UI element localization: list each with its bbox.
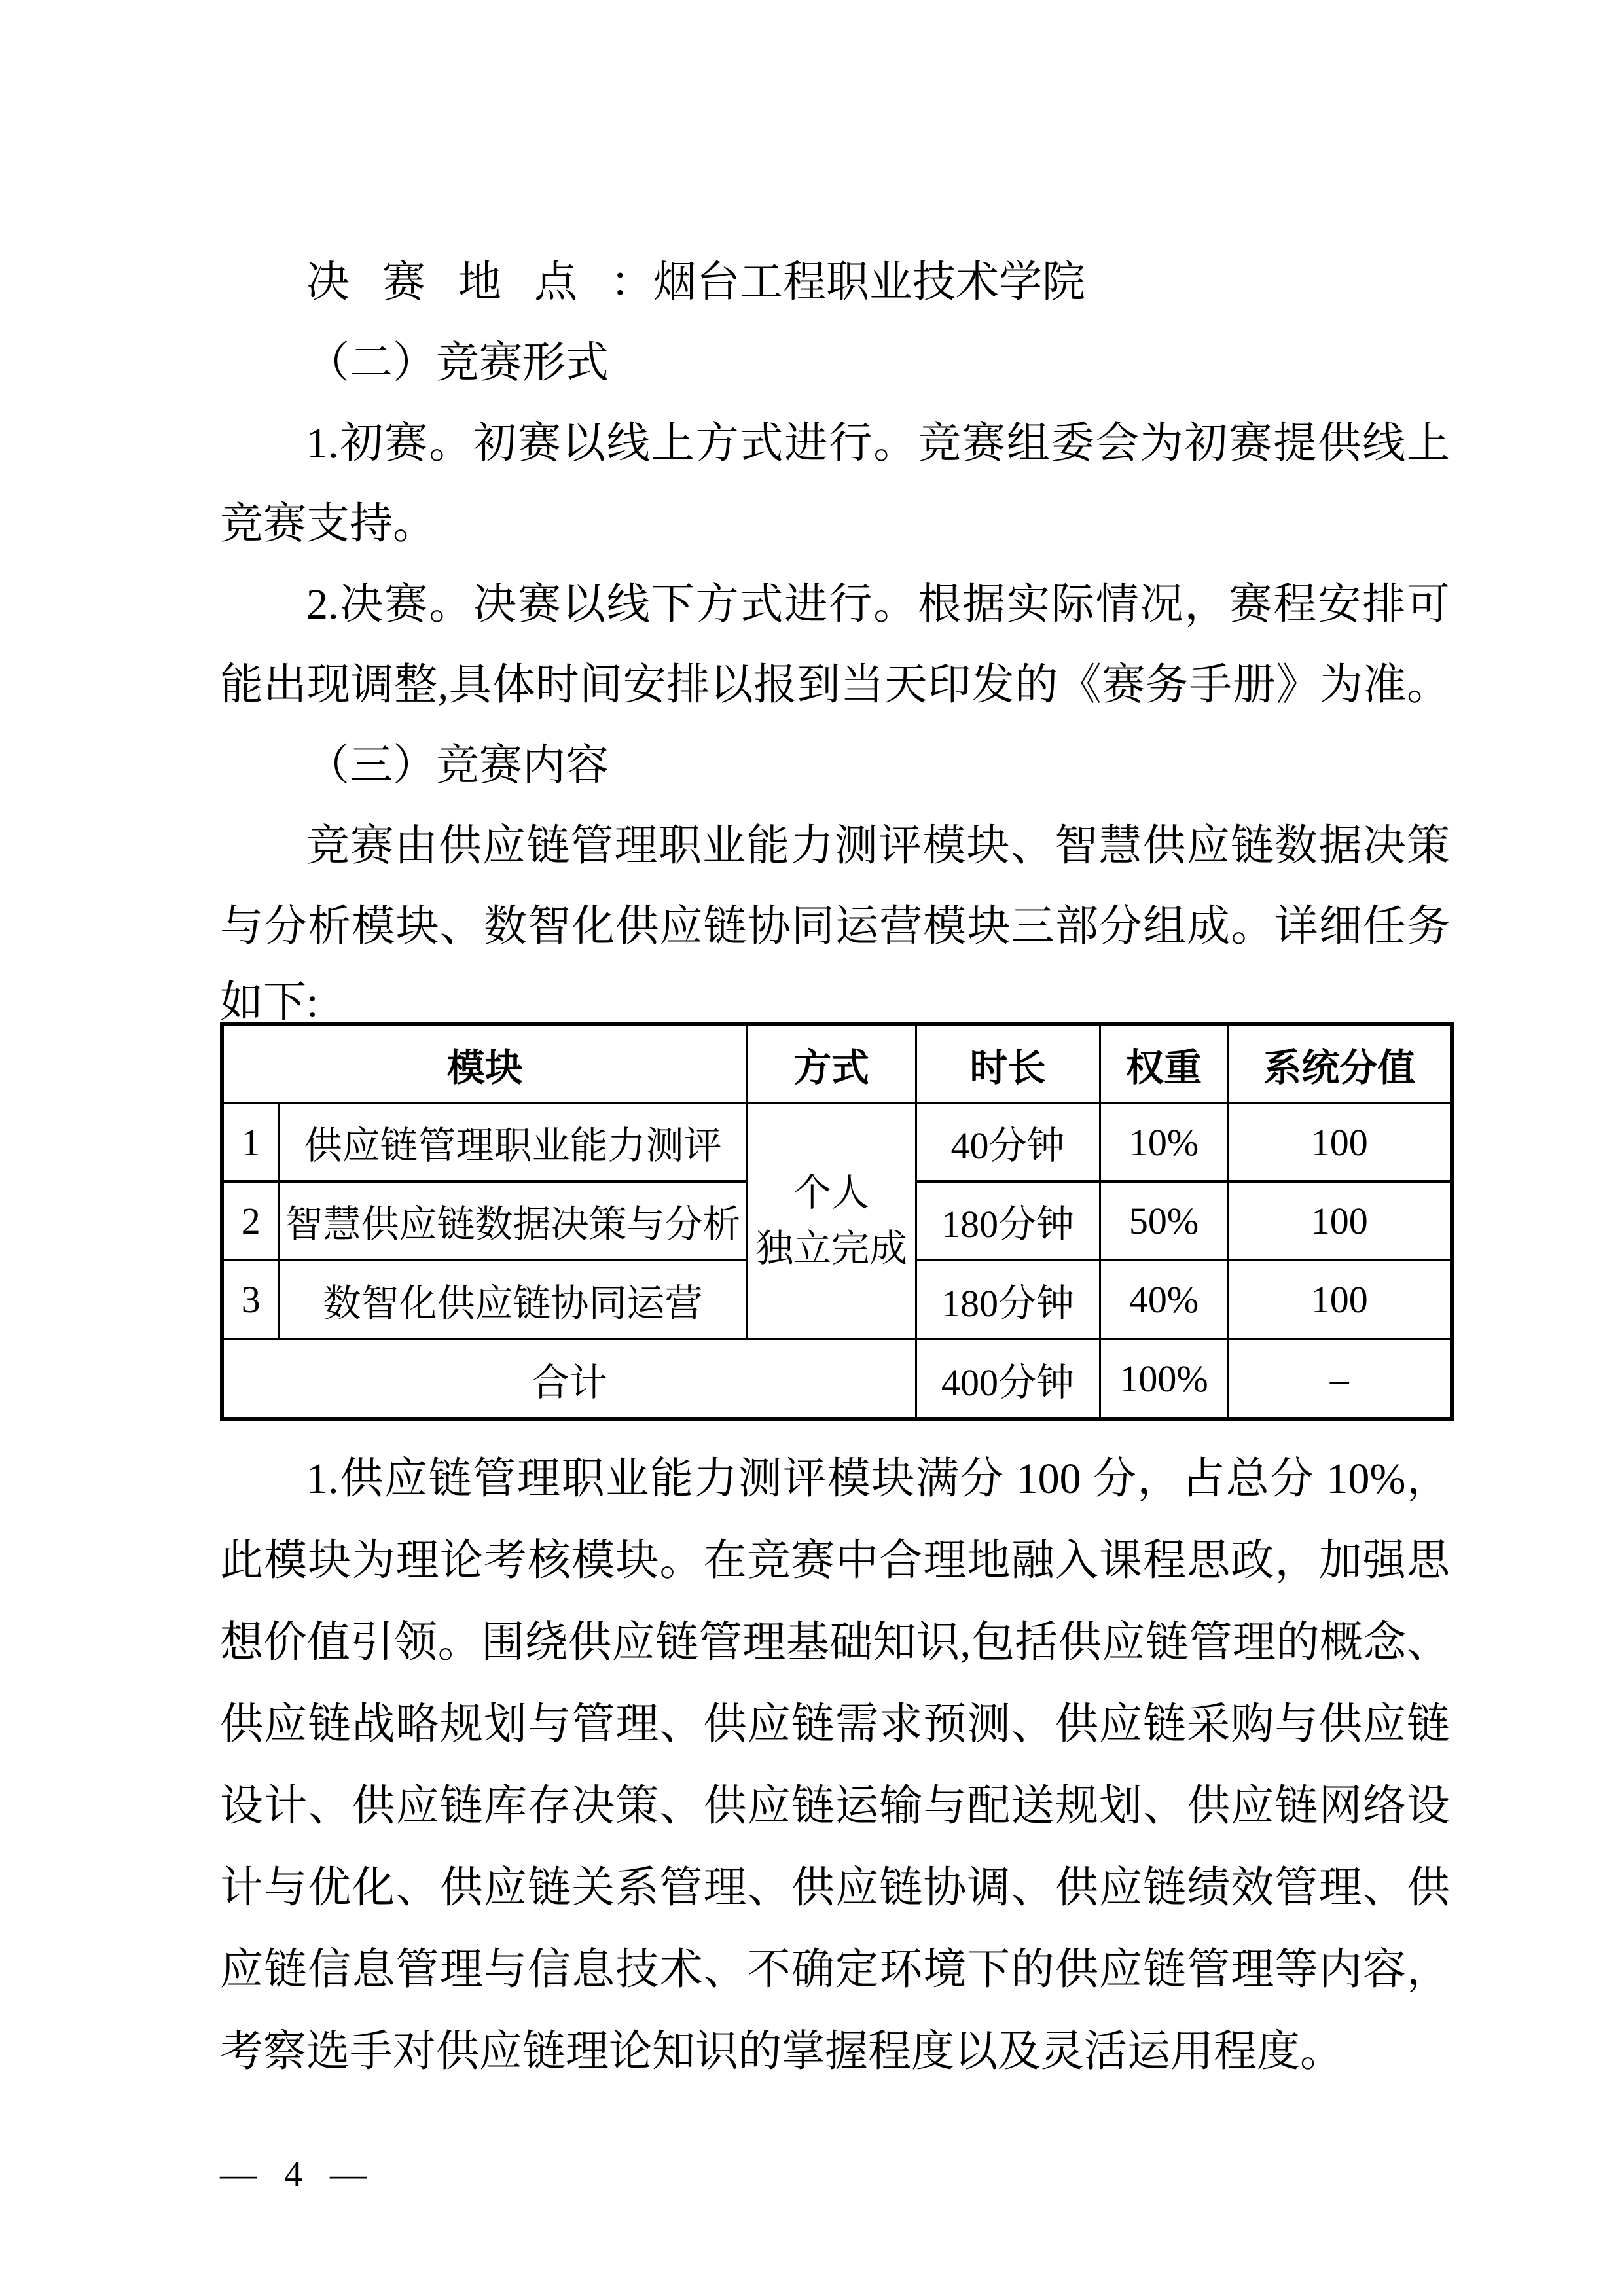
row-1-number: 1 — [222, 1103, 279, 1181]
method-line-1: 个人 — [748, 1166, 915, 1221]
row-2-weight: 50% — [1100, 1181, 1228, 1260]
header-duration: 时长 — [916, 1024, 1100, 1103]
row-3-score: 100 — [1228, 1260, 1452, 1339]
row-2-score: 100 — [1228, 1181, 1452, 1260]
finals-paragraph-line-2: 能出现调整,具体时间安排以报到当天印发的《赛务手册》为准。 — [220, 659, 1450, 712]
row-3-number: 3 — [222, 1260, 279, 1339]
module1-desc-line-6: 计与优化、供应链关系管理、供应链协调、供应链绩效管理、供 — [220, 1862, 1450, 1915]
header-score: 系统分值 — [1228, 1024, 1452, 1103]
modules-table: 模块 方式 时长 权重 系统分值 1 供应链管理职业能力测评 个人 独立完成 4… — [220, 1022, 1454, 1421]
content-intro-line-2: 与分析模块、数智化供应链协同运营模块三部分组成。详细任务 — [220, 901, 1450, 954]
header-module: 模块 — [222, 1024, 747, 1103]
section-heading-competition-content: （三）竞赛内容 — [220, 740, 1450, 793]
row-2-number: 2 — [222, 1181, 279, 1260]
row-2-duration: 180分钟 — [916, 1181, 1100, 1260]
module1-desc-line-4: 供应链战略规划与管理、供应链需求预测、供应链采购与供应链 — [220, 1698, 1450, 1751]
module1-desc-line-3: 想价值引领。围绕供应链管理基础知识,包括供应链管理的概念、 — [220, 1617, 1450, 1670]
table-total-row: 合计 400分钟 100% – — [222, 1339, 1452, 1419]
module1-desc-line-2: 此模块为理论考核模块。在竞赛中合理地融入课程思政，加强思 — [220, 1535, 1450, 1588]
total-label: 合计 — [222, 1339, 916, 1419]
table-row: 1 供应链管理职业能力测评 个人 独立完成 40分钟 10% 100 — [222, 1103, 1452, 1181]
finals-location-label: 决赛地点 — [306, 259, 610, 306]
module1-desc-line-5: 设计、供应链库存决策、供应链运输与配送规划、供应链网络设 — [220, 1780, 1450, 1833]
preliminary-paragraph-line-2: 竞赛支持。 — [220, 498, 1450, 551]
total-weight: 100% — [1100, 1339, 1228, 1419]
finals-location-value: ：烟台工程职业技术学院 — [610, 259, 1085, 306]
content-intro-line-1: 竞赛由供应链管理职业能力测评模块、智慧供应链数据决策 — [220, 820, 1450, 873]
row-1-weight: 10% — [1100, 1103, 1228, 1181]
row-3-weight: 40% — [1100, 1260, 1228, 1339]
module1-desc-line-7: 应链信息管理与信息技术、不确定环境下的供应链管理等内容， — [220, 1944, 1450, 1997]
total-duration: 400分钟 — [916, 1339, 1100, 1419]
content-intro-line-3: 如下: — [220, 977, 1450, 1030]
total-score: – — [1228, 1339, 1452, 1419]
document-page: 决赛地点：烟台工程职业技术学院 （二）竞赛形式 1.初赛。初赛以线上方式进行。竞… — [0, 0, 1624, 2296]
module1-desc-line-1: 1.供应链管理职业能力测评模块满分 100 分，占总分 10%， — [220, 1453, 1450, 1506]
finals-location-line: 决赛地点：烟台工程职业技术学院 — [220, 257, 1450, 310]
row-1-module: 供应链管理职业能力测评 — [279, 1103, 747, 1181]
row-3-module: 数智化供应链协同运营 — [279, 1260, 747, 1339]
header-weight: 权重 — [1100, 1024, 1228, 1103]
page-number: — 4 — — [220, 2153, 376, 2195]
row-1-duration: 40分钟 — [916, 1103, 1100, 1181]
row-3-duration: 180分钟 — [916, 1260, 1100, 1339]
finals-paragraph-line-1: 2.决赛。决赛以线下方式进行。根据实际情况，赛程安排可 — [220, 579, 1450, 632]
row-1-score: 100 — [1228, 1103, 1452, 1181]
table-header-row: 模块 方式 时长 权重 系统分值 — [222, 1024, 1452, 1103]
header-method: 方式 — [747, 1024, 916, 1103]
section-heading-competition-format: （二）竞赛形式 — [220, 337, 1450, 390]
method-merged-cell: 个人 独立完成 — [747, 1103, 916, 1339]
preliminary-paragraph-line-1: 1.初赛。初赛以线上方式进行。竞赛组委会为初赛提供线上 — [220, 418, 1450, 471]
row-2-module: 智慧供应链数据决策与分析 — [279, 1181, 747, 1260]
module1-desc-line-8: 考察选手对供应链理论知识的掌握程度以及灵活运用程度。 — [220, 2026, 1450, 2079]
method-line-2: 独立完成 — [748, 1221, 915, 1276]
